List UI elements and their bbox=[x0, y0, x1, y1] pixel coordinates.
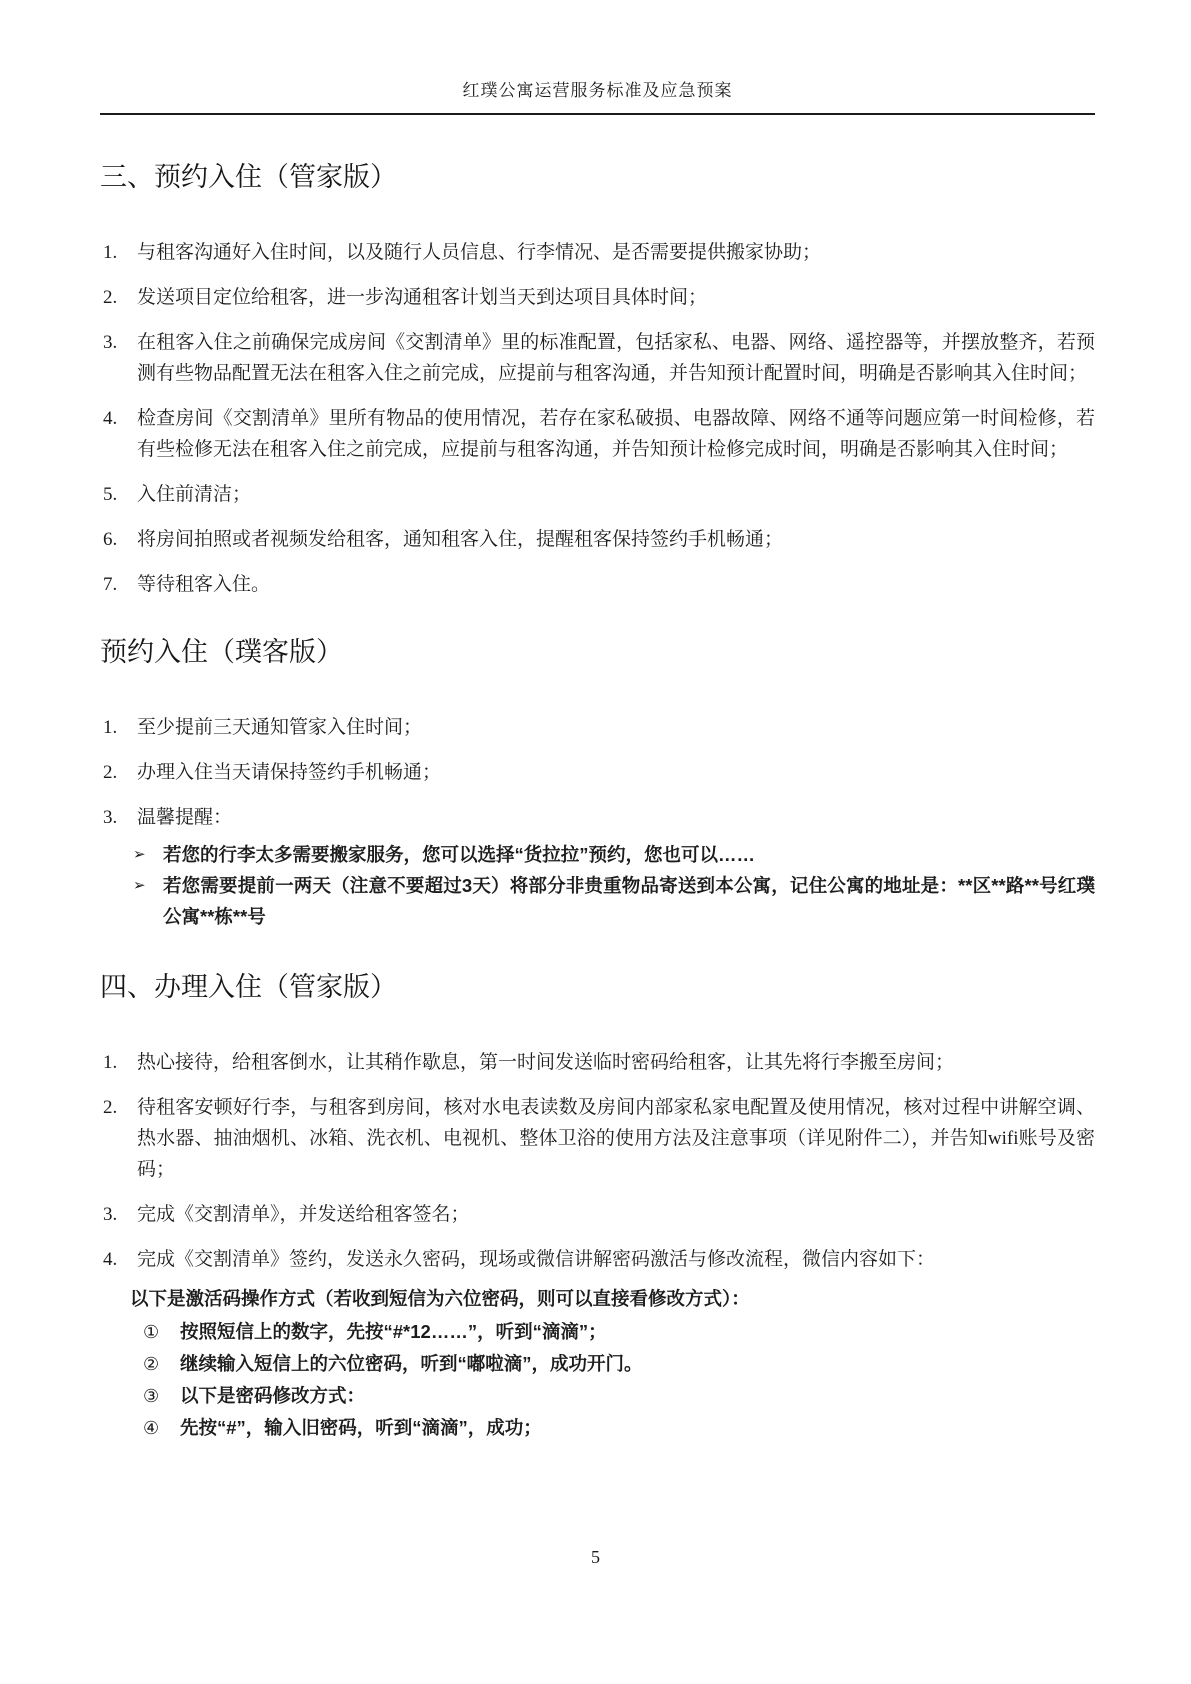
item-number: 4. bbox=[100, 403, 137, 465]
bullet-item: ➢ 若您需要提前一两天（注意不要超过3天）将部分非贵重物品寄送到本公寓，记住公寓… bbox=[133, 870, 1095, 932]
item-text: 发送项目定位给租客，进一步沟通租客计划当天到达项目具体时间； bbox=[137, 282, 1095, 313]
activation-code-intro: 以下是激活码操作方式（若收到短信为六位密码，则可以直接看修改方式）： bbox=[130, 1283, 1095, 1314]
activation-steps-list: ① 按照短信上的数字，先按“#*12……”，听到“滴滴”； ② 继续输入短信上的… bbox=[143, 1316, 1095, 1444]
list-item: 4. 检查房间《交割清单》里所有物品的使用情况，若存在家私破损、电器故障、网络不… bbox=[100, 403, 1095, 465]
document-header: 红璞公寓运营服务标准及应急预案 bbox=[100, 0, 1095, 115]
section-4-list: 1. 热心接待，给租客倒水，让其稍作歇息，第一时间发送临时密码给租客，让其先将行… bbox=[100, 1047, 1095, 1275]
item-number: 3. bbox=[100, 1199, 137, 1230]
item-number: 1. bbox=[100, 237, 137, 268]
item-text: 办理入住当天请保持签约手机畅通； bbox=[137, 757, 1095, 788]
step-text: 以下是密码修改方式： bbox=[180, 1380, 1095, 1412]
list-item: 1. 热心接待，给租客倒水，让其稍作歇息，第一时间发送临时密码给租客，让其先将行… bbox=[100, 1047, 1095, 1078]
step-item: ④ 先按“#”，输入旧密码，听到“滴滴”，成功； bbox=[143, 1412, 1095, 1444]
bullet-item: ➢ 若您的行李太多需要搬家服务，您可以选择“货拉拉”预约，您也可以…… bbox=[133, 839, 1095, 870]
step-text: 继续输入短信上的六位密码，听到“嘟啦滴”，成功开门。 bbox=[180, 1348, 1095, 1380]
item-number: 7. bbox=[100, 569, 137, 600]
list-item: 2. 办理入住当天请保持签约手机畅通； bbox=[100, 757, 1095, 788]
circled-number: ③ bbox=[143, 1380, 180, 1412]
step-item: ② 继续输入短信上的六位密码，听到“嘟啦滴”，成功开门。 bbox=[143, 1348, 1095, 1380]
document-page: 红璞公寓运营服务标准及应急预案 三、预约入住（管家版） 1. 与租客沟通好入住时… bbox=[0, 0, 1191, 1684]
list-item: 3. 温馨提醒： bbox=[100, 802, 1095, 833]
section-title-reserve-checkin-tenant: 预约入住（璞客版） bbox=[100, 634, 1095, 670]
item-text: 至少提前三天通知管家入住时间； bbox=[137, 712, 1095, 743]
arrow-bullet-icon: ➢ bbox=[133, 870, 163, 932]
item-number: 1. bbox=[100, 712, 137, 743]
item-text: 温馨提醒： bbox=[137, 802, 1095, 833]
reminder-bullet-list: ➢ 若您的行李太多需要搬家服务，您可以选择“货拉拉”预约，您也可以…… ➢ 若您… bbox=[133, 839, 1095, 932]
item-number: 1. bbox=[100, 1047, 137, 1078]
item-number: 2. bbox=[100, 1092, 137, 1185]
item-text: 热心接待，给租客倒水，让其稍作歇息，第一时间发送临时密码给租客，让其先将行李搬至… bbox=[137, 1047, 1095, 1078]
item-number: 4. bbox=[100, 1244, 137, 1275]
circled-number: ④ bbox=[143, 1412, 180, 1444]
step-item: ③ 以下是密码修改方式： bbox=[143, 1380, 1095, 1412]
bullet-text: 若您需要提前一两天（注意不要超过3天）将部分非贵重物品寄送到本公寓，记住公寓的地… bbox=[163, 870, 1095, 932]
item-number: 3. bbox=[100, 327, 137, 389]
item-number: 3. bbox=[100, 802, 137, 833]
circled-number: ② bbox=[143, 1348, 180, 1380]
section-3-list: 1. 与租客沟通好入住时间，以及随行人员信息、行李情况、是否需要提供搬家协助； … bbox=[100, 237, 1095, 600]
list-item: 2. 待租客安顿好行李，与租客到房间，核对水电表读数及房间内部家私家电配置及使用… bbox=[100, 1092, 1095, 1185]
list-item: 3. 在租客入住之前确保完成房间《交割清单》里的标准配置，包括家私、电器、网络、… bbox=[100, 327, 1095, 389]
list-item: 7. 等待租客入住。 bbox=[100, 569, 1095, 600]
list-item: 1. 与租客沟通好入住时间，以及随行人员信息、行李情况、是否需要提供搬家协助； bbox=[100, 237, 1095, 268]
page-number: 5 bbox=[0, 1547, 1191, 1568]
list-item: 2. 发送项目定位给租客，进一步沟通租客计划当天到达项目具体时间； bbox=[100, 282, 1095, 313]
tenant-section-list: 1. 至少提前三天通知管家入住时间； 2. 办理入住当天请保持签约手机畅通； 3… bbox=[100, 712, 1095, 833]
list-item: 5. 入住前清洁； bbox=[100, 479, 1095, 510]
item-text: 完成《交割清单》签约，发送永久密码，现场或微信讲解密码激活与修改流程，微信内容如… bbox=[137, 1244, 1095, 1275]
item-text: 入住前清洁； bbox=[137, 479, 1095, 510]
list-item: 3. 完成《交割清单》，并发送给租客签名； bbox=[100, 1199, 1095, 1230]
item-number: 2. bbox=[100, 282, 137, 313]
list-item: 6. 将房间拍照或者视频发给租客，通知租客入住，提醒租客保持签约手机畅通； bbox=[100, 524, 1095, 555]
item-number: 6. bbox=[100, 524, 137, 555]
section-title-handle-checkin-manager: 四、办理入住（管家版） bbox=[100, 969, 1095, 1005]
list-item: 4. 完成《交割清单》签约，发送永久密码，现场或微信讲解密码激活与修改流程，微信… bbox=[100, 1244, 1095, 1275]
item-text: 将房间拍照或者视频发给租客，通知租客入住，提醒租客保持签约手机畅通； bbox=[137, 524, 1095, 555]
step-item: ① 按照短信上的数字，先按“#*12……”，听到“滴滴”； bbox=[143, 1316, 1095, 1348]
item-number: 2. bbox=[100, 757, 137, 788]
bullet-text: 若您的行李太多需要搬家服务，您可以选择“货拉拉”预约，您也可以…… bbox=[163, 839, 1095, 870]
item-text: 等待租客入住。 bbox=[137, 569, 1095, 600]
step-text: 按照短信上的数字，先按“#*12……”，听到“滴滴”； bbox=[180, 1316, 1095, 1348]
arrow-bullet-icon: ➢ bbox=[133, 839, 163, 870]
circled-number: ① bbox=[143, 1316, 180, 1348]
header-title: 红璞公寓运营服务标准及应急预案 bbox=[100, 76, 1095, 101]
item-text: 完成《交割清单》，并发送给租客签名； bbox=[137, 1199, 1095, 1230]
list-item: 1. 至少提前三天通知管家入住时间； bbox=[100, 712, 1095, 743]
item-text: 在租客入住之前确保完成房间《交割清单》里的标准配置，包括家私、电器、网络、遥控器… bbox=[137, 327, 1095, 389]
item-text: 待租客安顿好行李，与租客到房间，核对水电表读数及房间内部家私家电配置及使用情况，… bbox=[137, 1092, 1095, 1185]
section-title-reserve-checkin-manager: 三、预约入住（管家版） bbox=[100, 159, 1095, 195]
item-text: 与租客沟通好入住时间，以及随行人员信息、行李情况、是否需要提供搬家协助； bbox=[137, 237, 1095, 268]
item-number: 5. bbox=[100, 479, 137, 510]
item-text: 检查房间《交割清单》里所有物品的使用情况，若存在家私破损、电器故障、网络不通等问… bbox=[137, 403, 1095, 465]
step-text: 先按“#”，输入旧密码，听到“滴滴”，成功； bbox=[180, 1412, 1095, 1444]
